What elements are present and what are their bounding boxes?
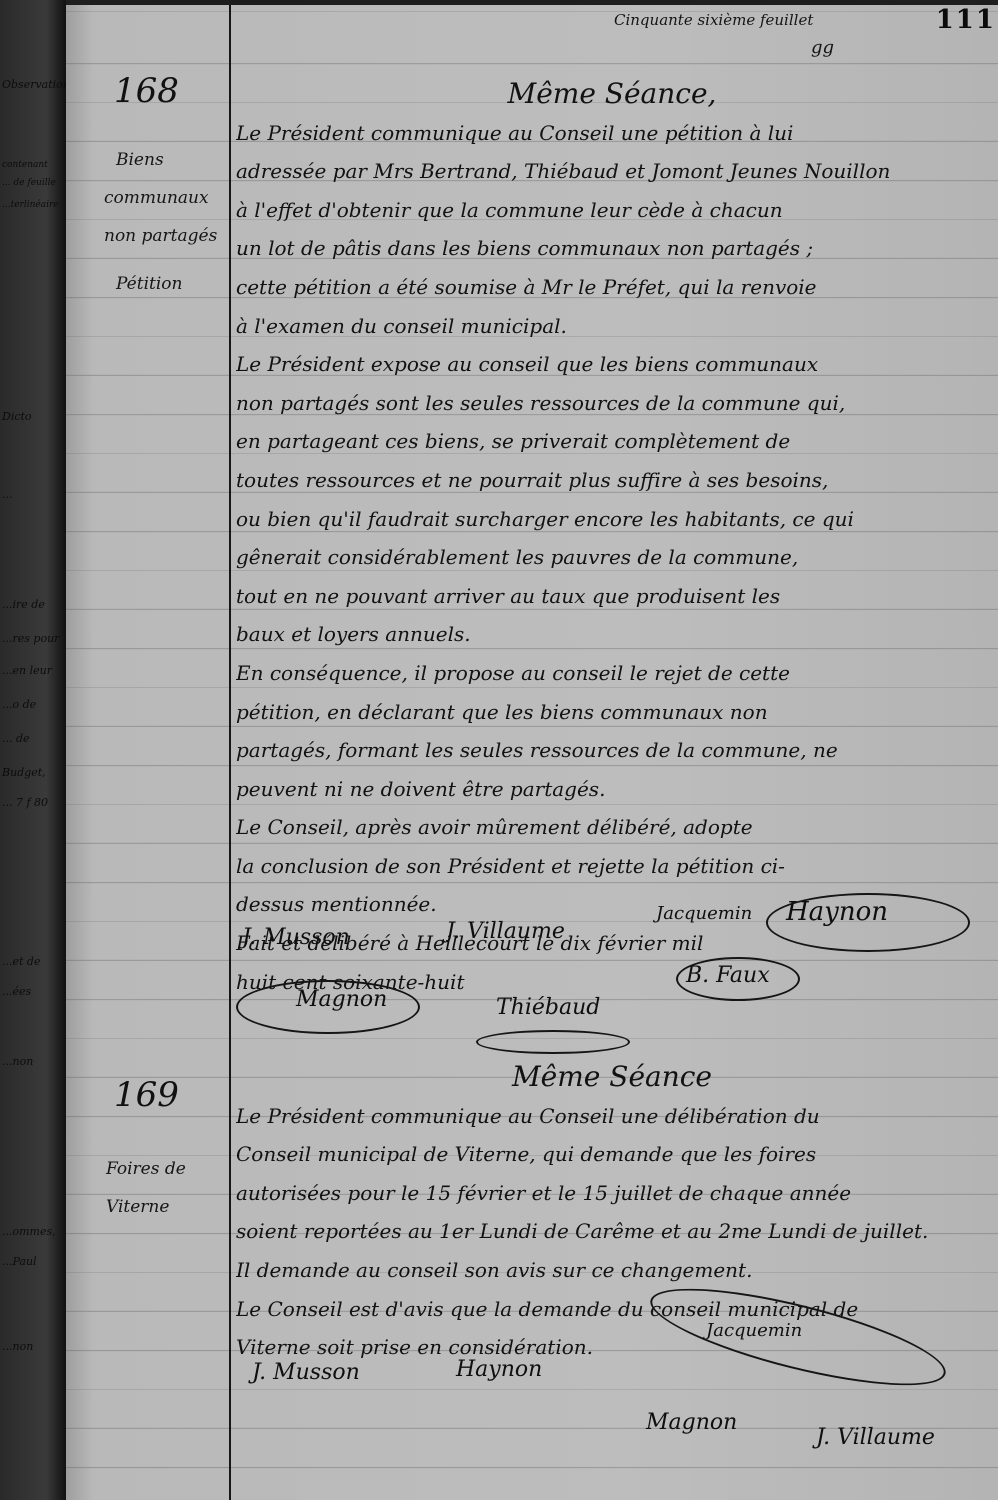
entry-number: 169 <box>114 1075 179 1115</box>
prev-margin-note: ... <box>2 488 13 501</box>
text-line: partagés, formant les seules ressources … <box>236 731 988 770</box>
signature: Magnon <box>646 1410 737 1435</box>
text-line: Conseil municipal de Viterne, qui demand… <box>236 1135 988 1174</box>
entry-heading: Même Séance, <box>236 75 988 114</box>
margin-label-line: Viterne <box>106 1188 186 1226</box>
text-line: Le Président expose au conseil que les b… <box>236 345 988 384</box>
signature-flourish <box>766 893 970 952</box>
prev-margin-note: ...non <box>2 1340 33 1353</box>
prev-margin-note: ... 7 f 80 <box>2 796 48 809</box>
entry-body: Même Séance Le Président communique au C… <box>236 1058 988 1367</box>
signature: Thiébaud <box>496 995 600 1020</box>
prev-margin-note: ...Paul <box>2 1255 37 1268</box>
prev-margin-note: Observation <box>2 78 66 91</box>
entry-lines: Le Président communique au Conseil une p… <box>236 114 988 1002</box>
text-line: cette pétition a été soumise à Mr le Pré… <box>236 268 988 307</box>
text-line: Le Conseil est d'avis que la demande du … <box>236 1290 988 1329</box>
signature: J. Musson <box>252 1360 360 1385</box>
prev-margin-note: ...et de <box>2 955 40 968</box>
prev-margin-note: ... de <box>2 732 30 745</box>
text-line: gênerait considérablement les pauvres de… <box>236 538 988 577</box>
text-line: soient reportées au 1er Lundi de Carême … <box>236 1212 988 1251</box>
signature: J. Villaume <box>816 1425 935 1450</box>
text-line: adressée par Mrs Bertrand, Thiébaud et J… <box>236 152 988 191</box>
margin-label-line: non partagés <box>104 217 217 255</box>
prev-margin-note: ... de feuille <box>2 178 56 188</box>
text-line: Le Président communique au Conseil une p… <box>236 114 988 153</box>
prev-margin-note: ...o de <box>2 698 36 711</box>
text-line: Le Président communique au Conseil une d… <box>236 1097 988 1136</box>
signature: J. Musson <box>242 925 350 950</box>
margin-label-line: Biens <box>104 141 217 179</box>
entry-lines: Le Président communique au Conseil une d… <box>236 1097 988 1367</box>
signature-flourish <box>236 980 420 1034</box>
folio-number: 111 <box>936 5 996 35</box>
text-line: à l'effet d'obtenir que la commune leur … <box>236 191 988 230</box>
prev-margin-note: contenant <box>2 160 48 170</box>
prev-margin-note: ...ommes, <box>2 1225 56 1238</box>
folio-note: Cinquante sixième feuillet <box>614 11 813 29</box>
margin-label-line: Foires de <box>106 1150 186 1188</box>
text-line: à l'examen du conseil municipal. <box>236 307 988 346</box>
text-line: pétition, en déclarant que les biens com… <box>236 693 988 732</box>
text-line: autorisées pour le 15 février et le 15 j… <box>236 1174 988 1213</box>
previous-page-edge: Observation contenant ... de feuille ...… <box>0 0 66 1500</box>
text-line: la conclusion de son Président et rejett… <box>236 847 988 886</box>
prev-margin-note: ...non <box>2 1055 33 1068</box>
text-line: en partageant ces biens, se priverait co… <box>236 422 988 461</box>
entry-number: 168 <box>114 71 179 111</box>
text-line: toutes ressources et ne pourrait plus su… <box>236 461 988 500</box>
text-line: un lot de pâtis dans les biens communaux… <box>236 229 988 268</box>
margin-label-line: Pétition <box>104 265 217 303</box>
text-line: baux et loyers annuels. <box>236 615 988 654</box>
signature: J. Villaume <box>446 919 565 944</box>
entry-margin-label: Biens communaux non partagés Pétition <box>104 141 217 303</box>
prev-margin-note: Dicto <box>2 410 32 423</box>
prev-margin-note: ...en leur <box>2 664 52 677</box>
prev-margin-note: ...terlinéaire <box>2 200 59 210</box>
text-line: Le Conseil, après avoir mûrement délibér… <box>236 808 988 847</box>
prev-margin-note: ...ées <box>2 985 31 998</box>
prev-margin-note: ...res pour <box>2 632 59 645</box>
prev-margin-note: ...ire de <box>2 598 45 611</box>
margin-label-line: communaux <box>104 179 217 217</box>
signature: Haynon <box>456 1357 542 1382</box>
text-line: En conséquence, il propose au conseil le… <box>236 654 988 693</box>
prev-margin-note: Budget, <box>2 766 46 779</box>
text-line: tout en ne pouvant arriver au taux que p… <box>236 577 988 616</box>
entry-body: Même Séance, Le Président communique au … <box>236 75 988 1001</box>
signature-flourish <box>476 1030 630 1054</box>
text-line: ou bien qu'il faudrait surcharger encore… <box>236 500 988 539</box>
text-line: peuvent ni ne doivent être partagés. <box>236 770 988 809</box>
register-page: Cinquante sixième feuillet gg 111 168 Bi… <box>66 5 998 1500</box>
signature-flourish <box>676 957 800 1001</box>
text-line: non partagés sont les seules ressources … <box>236 384 988 423</box>
entry-heading: Même Séance <box>236 1058 988 1097</box>
margin-rule <box>229 5 231 1500</box>
signature: Jacquemin <box>656 903 752 924</box>
entry-margin-label: Foires de Viterne <box>106 1150 186 1226</box>
top-initials: gg <box>811 37 834 58</box>
text-line: Il demande au conseil son avis sur ce ch… <box>236 1251 988 1290</box>
